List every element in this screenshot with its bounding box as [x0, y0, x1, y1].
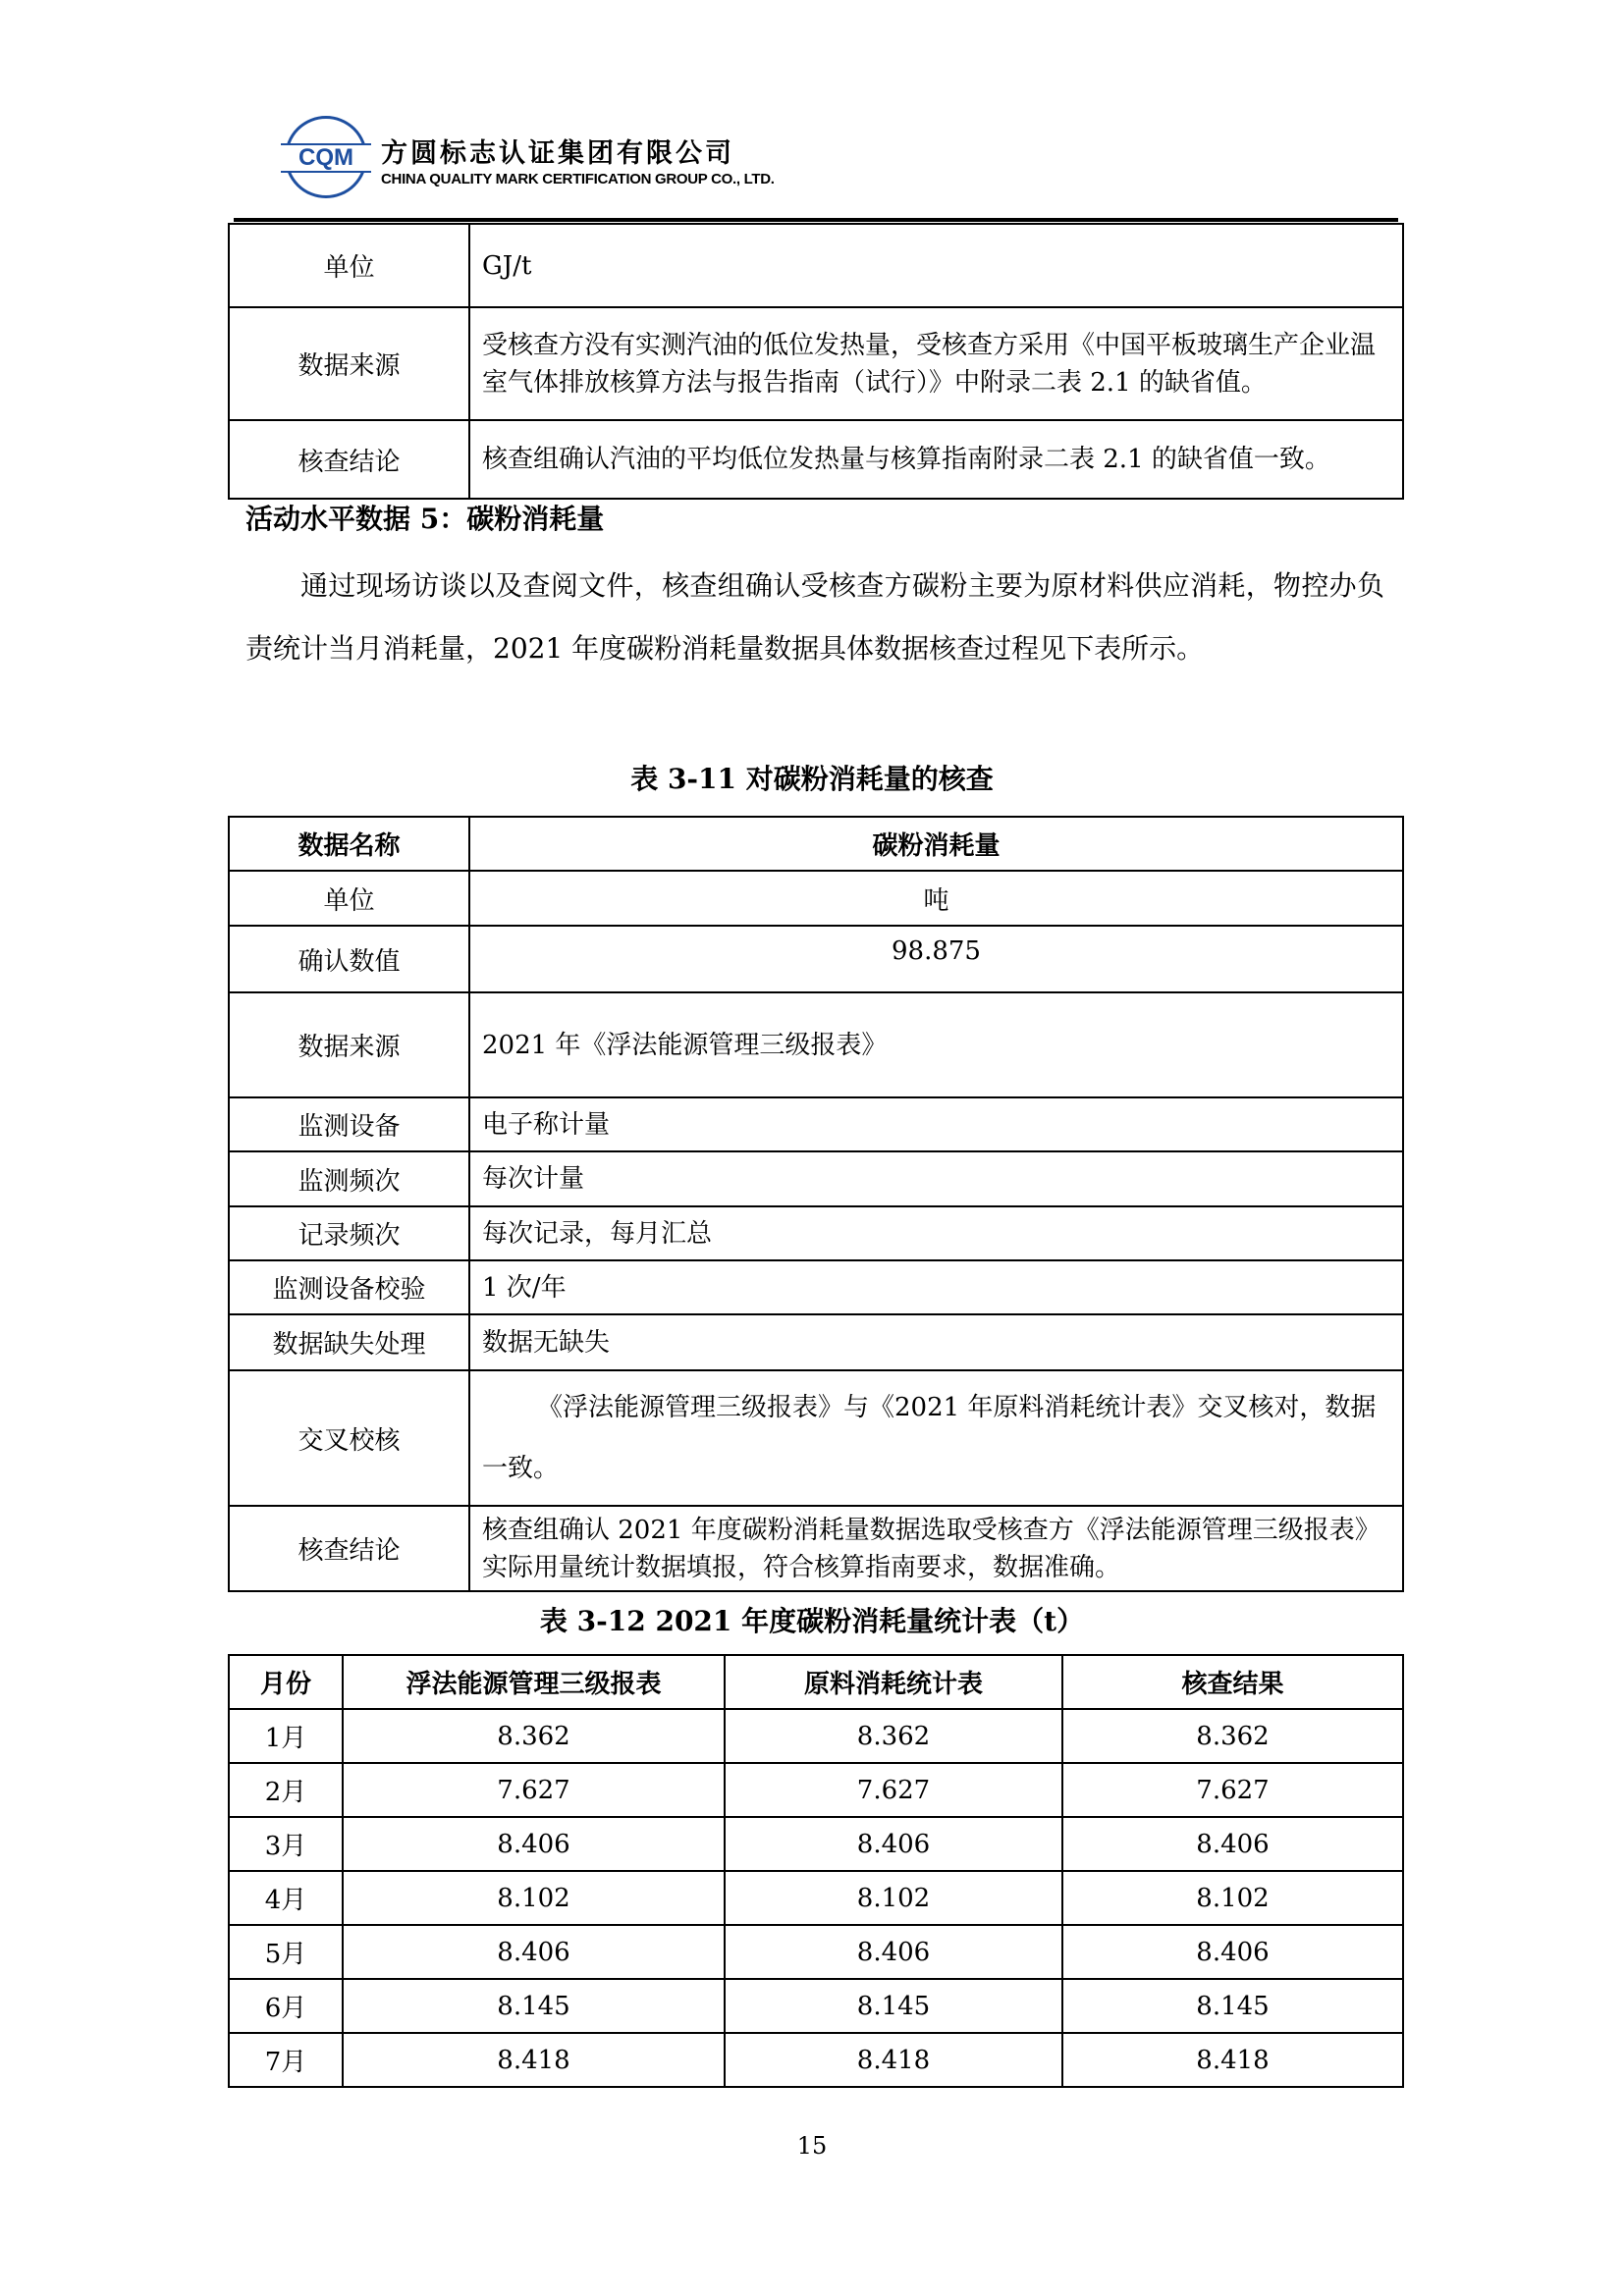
row-value: 《浮法能源管理三级报表》与《2021 年原料消耗统计表》交叉核对，数据一致。	[469, 1370, 1403, 1506]
row-label: 记录频次	[229, 1206, 469, 1260]
row-value: 2021 年《浮法能源管理三级报表》	[469, 992, 1403, 1097]
table-3-12-caption: 表 3-12 2021 年度碳粉消耗量统计表（t）	[0, 1600, 1624, 1639]
column-header: 核查结果	[1062, 1655, 1403, 1709]
value-cell: 8.102	[725, 1871, 1062, 1925]
table-row: 数据来源 受核查方没有实测汽油的低位发热量，受核查方采用《中国平板玻璃生产企业温…	[229, 307, 1403, 420]
table-row: 数据来源 2021 年《浮法能源管理三级报表》	[229, 992, 1403, 1097]
table-row: 数据缺失处理 数据无缺失	[229, 1314, 1403, 1370]
month-cell: 1月	[229, 1709, 343, 1763]
company-name-cn: 方圆标志认证集团有限公司	[381, 132, 734, 170]
row-label: 数据来源	[229, 992, 469, 1097]
row-label: 交叉校核	[229, 1370, 469, 1506]
table-row: 确认数值 98.875	[229, 926, 1403, 992]
row-label: 监测频次	[229, 1151, 469, 1206]
table-row: 1月 8.362 8.362 8.362	[229, 1709, 1403, 1763]
table-row: 监测设备校验 1 次/年	[229, 1260, 1403, 1314]
table-row: 单位 吨	[229, 871, 1403, 926]
row-label: 核查结论	[229, 420, 469, 499]
company-name-en: CHINA QUALITY MARK CERTIFICATION GROUP C…	[381, 171, 775, 187]
table-row: 单位 GJ/t	[229, 224, 1403, 307]
table-row: 监测频次 每次计量	[229, 1151, 1403, 1206]
row-label: 数据缺失处理	[229, 1314, 469, 1370]
month-cell: 7月	[229, 2033, 343, 2087]
month-cell: 6月	[229, 1979, 343, 2033]
value-cell: 7.627	[343, 1763, 725, 1817]
value-cell: 8.362	[1062, 1709, 1403, 1763]
table-row: 4月 8.102 8.102 8.102	[229, 1871, 1403, 1925]
value-cell: 8.406	[343, 1817, 725, 1871]
company-logo: CQM 方圆标志认证集团有限公司 CHINA QUALITY MARK CERT…	[285, 116, 874, 204]
row-value: GJ/t	[469, 224, 1403, 307]
value-cell: 8.406	[1062, 1817, 1403, 1871]
table-row: 记录频次 每次记录，每月汇总	[229, 1206, 1403, 1260]
table-row: 5月 8.406 8.406 8.406	[229, 1925, 1403, 1979]
header-rule	[234, 218, 1398, 222]
table-header-row: 月份 浮法能源管理三级报表 原料消耗统计表 核查结果	[229, 1655, 1403, 1709]
table-row: 核查结论 核查组确认 2021 年度碳粉消耗量数据选取受核查方《浮法能源管理三级…	[229, 1506, 1403, 1591]
row-value: 每次计量	[469, 1151, 1403, 1206]
month-cell: 3月	[229, 1817, 343, 1871]
value-cell: 8.418	[1062, 2033, 1403, 2087]
value-cell: 8.102	[1062, 1871, 1403, 1925]
value-cell: 8.145	[343, 1979, 725, 2033]
row-value: 1 次/年	[469, 1260, 1403, 1314]
month-cell: 2月	[229, 1763, 343, 1817]
row-value: 电子称计量	[469, 1097, 1403, 1151]
value-cell: 8.406	[725, 1925, 1062, 1979]
value-cell: 7.627	[725, 1763, 1062, 1817]
row-value: 98.875	[469, 926, 1403, 992]
row-label: 监测设备校验	[229, 1260, 469, 1314]
row-label: 数据来源	[229, 307, 469, 420]
table-3-12: 月份 浮法能源管理三级报表 原料消耗统计表 核查结果 1月 8.362 8.36…	[228, 1654, 1404, 2088]
row-value: 数据无缺失	[469, 1314, 1403, 1370]
section-paragraph: 通过现场访谈以及查阅文件，核查组确认受核查方碳粉主要为原材料供应消耗，物控办负责…	[245, 555, 1384, 680]
row-value: 吨	[469, 871, 1403, 926]
row-label: 核查结论	[229, 1506, 469, 1591]
row-value: 核查组确认 2021 年度碳粉消耗量数据选取受核查方《浮法能源管理三级报表》实际…	[469, 1506, 1403, 1591]
table-header-row: 数据名称 碳粉消耗量	[229, 817, 1403, 871]
value-cell: 8.362	[343, 1709, 725, 1763]
row-label: 监测设备	[229, 1097, 469, 1151]
table-row: 2月 7.627 7.627 7.627	[229, 1763, 1403, 1817]
row-label: 单位	[229, 224, 469, 307]
table-row: 6月 8.145 8.145 8.145	[229, 1979, 1403, 2033]
value-cell: 8.406	[725, 1817, 1062, 1871]
row-value: 受核查方没有实测汽油的低位发热量，受核查方采用《中国平板玻璃生产企业温室气体排放…	[469, 307, 1403, 420]
page-number: 15	[0, 2132, 1624, 2160]
row-value: 核查组确认汽油的平均低位发热量与核算指南附录二表 2.1 的缺省值一致。	[469, 420, 1403, 499]
row-label: 单位	[229, 871, 469, 926]
section-heading: 活动水平数据 5：碳粉消耗量	[245, 498, 604, 537]
value-cell: 8.102	[343, 1871, 725, 1925]
table-row: 监测设备 电子称计量	[229, 1097, 1403, 1151]
table-row: 交叉校核 《浮法能源管理三级报表》与《2021 年原料消耗统计表》交叉核对，数据…	[229, 1370, 1403, 1506]
value-cell: 8.418	[343, 2033, 725, 2087]
table-3-11-caption: 表 3-11 对碳粉消耗量的核查	[0, 758, 1624, 797]
value-cell: 8.418	[725, 2033, 1062, 2087]
row-label: 确认数值	[229, 926, 469, 992]
month-cell: 5月	[229, 1925, 343, 1979]
value-cell: 8.362	[725, 1709, 1062, 1763]
column-header: 原料消耗统计表	[725, 1655, 1062, 1709]
column-header: 浮法能源管理三级报表	[343, 1655, 725, 1709]
value-cell: 8.406	[343, 1925, 725, 1979]
value-cell: 8.406	[1062, 1925, 1403, 1979]
row-value: 每次记录，每月汇总	[469, 1206, 1403, 1260]
value-cell: 8.145	[1062, 1979, 1403, 2033]
month-cell: 4月	[229, 1871, 343, 1925]
prev-table: 单位 GJ/t 数据来源 受核查方没有实测汽油的低位发热量，受核查方采用《中国平…	[228, 223, 1404, 500]
value-cell: 7.627	[1062, 1763, 1403, 1817]
table-row: 核查结论 核查组确认汽油的平均低位发热量与核算指南附录二表 2.1 的缺省值一致…	[229, 420, 1403, 499]
value-cell: 8.145	[725, 1979, 1062, 2033]
table-3-11: 数据名称 碳粉消耗量 单位 吨 确认数值 98.875 数据来源 2021 年《…	[228, 816, 1404, 1592]
header-value: 碳粉消耗量	[469, 817, 1403, 871]
table-row: 7月 8.418 8.418 8.418	[229, 2033, 1403, 2087]
header-label: 数据名称	[229, 817, 469, 871]
column-header: 月份	[229, 1655, 343, 1709]
logo-mark: CQM	[281, 143, 371, 173]
table-row: 3月 8.406 8.406 8.406	[229, 1817, 1403, 1871]
